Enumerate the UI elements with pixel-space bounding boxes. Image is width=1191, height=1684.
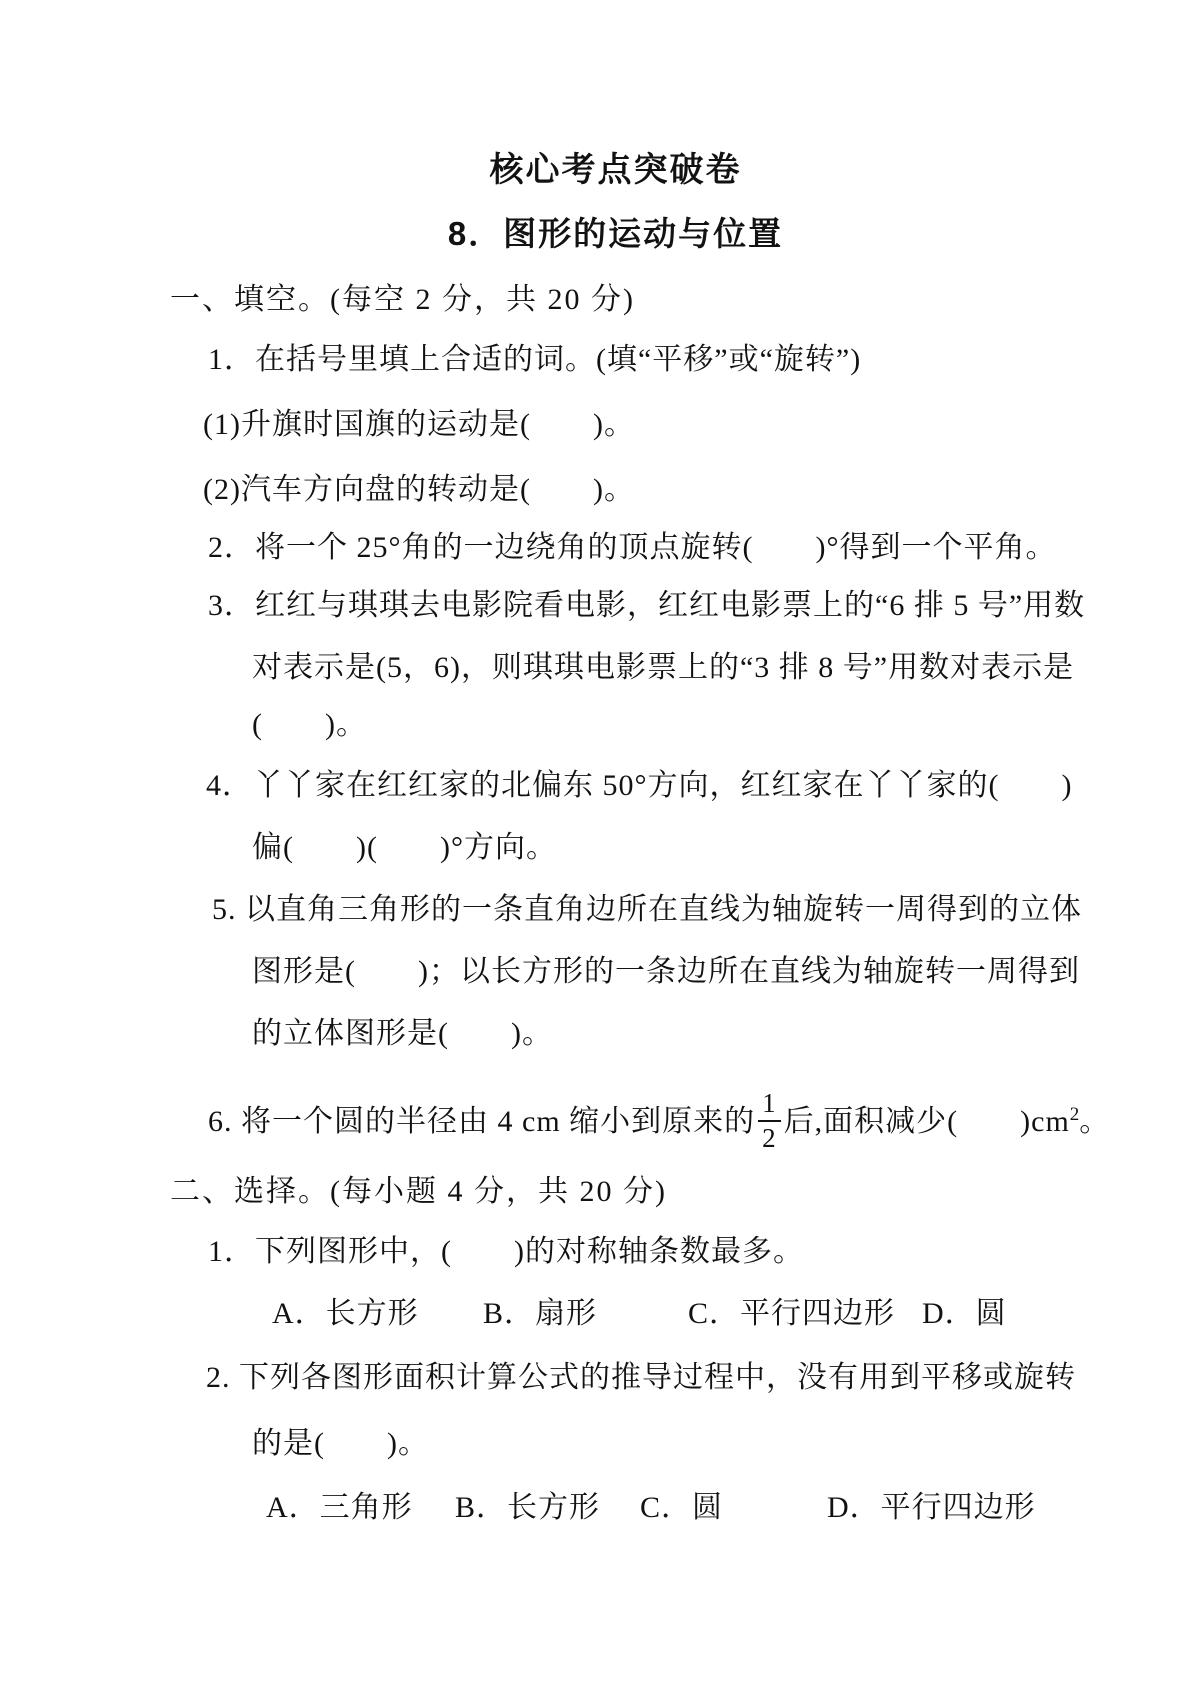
s1-q2-text: 2．将一个 25°角的一边绕角的顶点旋转( )°得到一个平角。	[208, 528, 1056, 568]
s2-q2-line2: 的是( )。	[252, 1424, 429, 1464]
s1-q5-line2: 图形是( )；以长方形的一条边所在直线为轴旋转一周得到	[252, 952, 1080, 992]
s2-q2-option-a: A．三角形	[266, 1488, 413, 1528]
s2-q1-option-a: A．长方形	[272, 1294, 419, 1334]
paper-title: 核心考点突破卷	[40, 150, 1191, 190]
s2-q1-option-d: D．圆	[922, 1294, 1007, 1334]
s1-q4-line2: 偏( )( )°方向。	[252, 828, 557, 868]
section1-header: 一、填空。(每空 2 分，共 20 分)	[170, 280, 635, 320]
s1-q1-sub1: (1)升旗时国旗的运动是( )。	[203, 405, 635, 445]
s2-q2-options-row: A．三角形 B．长方形 C．圆 D．平行四边形	[0, 1488, 1191, 1528]
s1-q1-text: 1．在括号里填上合适的词。(填“平移”或“旋转”)	[208, 340, 861, 380]
s2-q1-option-b: B．扇形	[483, 1294, 597, 1334]
s2-q2-line1: 2. 下列各图形面积计算公式的推导过程中，没有用到平移或旋转	[206, 1358, 1076, 1398]
q6-text-pre: 6. 将一个圆的半径由 4 cm 缩小到原来的	[208, 1105, 755, 1138]
s1-q3-line2: 对表示是(5，6)，则琪琪电影票上的“3 排 8 号”用数对表示是	[252, 648, 1074, 688]
exam-paper-page: 核心考点突破卷 8．图形的运动与位置 一、填空。(每空 2 分，共 20 分) …	[0, 0, 1191, 1684]
fraction-numerator: 1	[758, 1090, 781, 1122]
s2-q1-text: 1．下列图形中，( )的对称轴条数最多。	[208, 1232, 804, 1272]
s2-q2-option-d: D．平行四边形	[827, 1488, 1036, 1528]
section2-header: 二、选择。(每小题 4 分，共 20 分)	[170, 1172, 667, 1212]
s2-q2-option-b: B．长方形	[455, 1488, 600, 1528]
paper-subtitle: 8．图形的运动与位置	[40, 214, 1191, 254]
q6-text-end: 。	[1079, 1105, 1110, 1138]
s1-q4-line1: 4．丫丫家在红红家的北偏东 50°方向，红红家在丫丫家的( )	[206, 766, 1072, 806]
s1-q3-line1: 3．红红与琪琪去电影院看电影，红红电影票上的“6 排 5 号”用数	[208, 586, 1085, 626]
s1-q6-line: 6. 将一个圆的半径由 4 cm 缩小到原来的12后,面积减少( )cm2。	[208, 1090, 1110, 1158]
s1-q3-line3: ( )。	[252, 705, 367, 745]
s2-q1-options-row: A．长方形 B．扇形 C．平行四边形 D．圆	[0, 1294, 1191, 1334]
s1-q5-line3: 的立体图形是( )。	[252, 1014, 553, 1054]
s2-q1-option-c: C．平行四边形	[688, 1294, 895, 1334]
s1-q5-line1: 5. 以直角三角形的一条直角边所在直线为轴旋转一周得到的立体	[212, 890, 1082, 930]
s2-q2-option-c: C．圆	[640, 1488, 723, 1528]
q6-text-post: 后,面积减少( )cm	[784, 1105, 1070, 1138]
fraction-one-half: 12	[758, 1090, 781, 1152]
fraction-denominator: 2	[758, 1122, 781, 1152]
q6-unit-exponent: 2	[1070, 1104, 1080, 1125]
s1-q1-sub2: (2)汽车方向盘的转动是( )。	[203, 470, 635, 510]
